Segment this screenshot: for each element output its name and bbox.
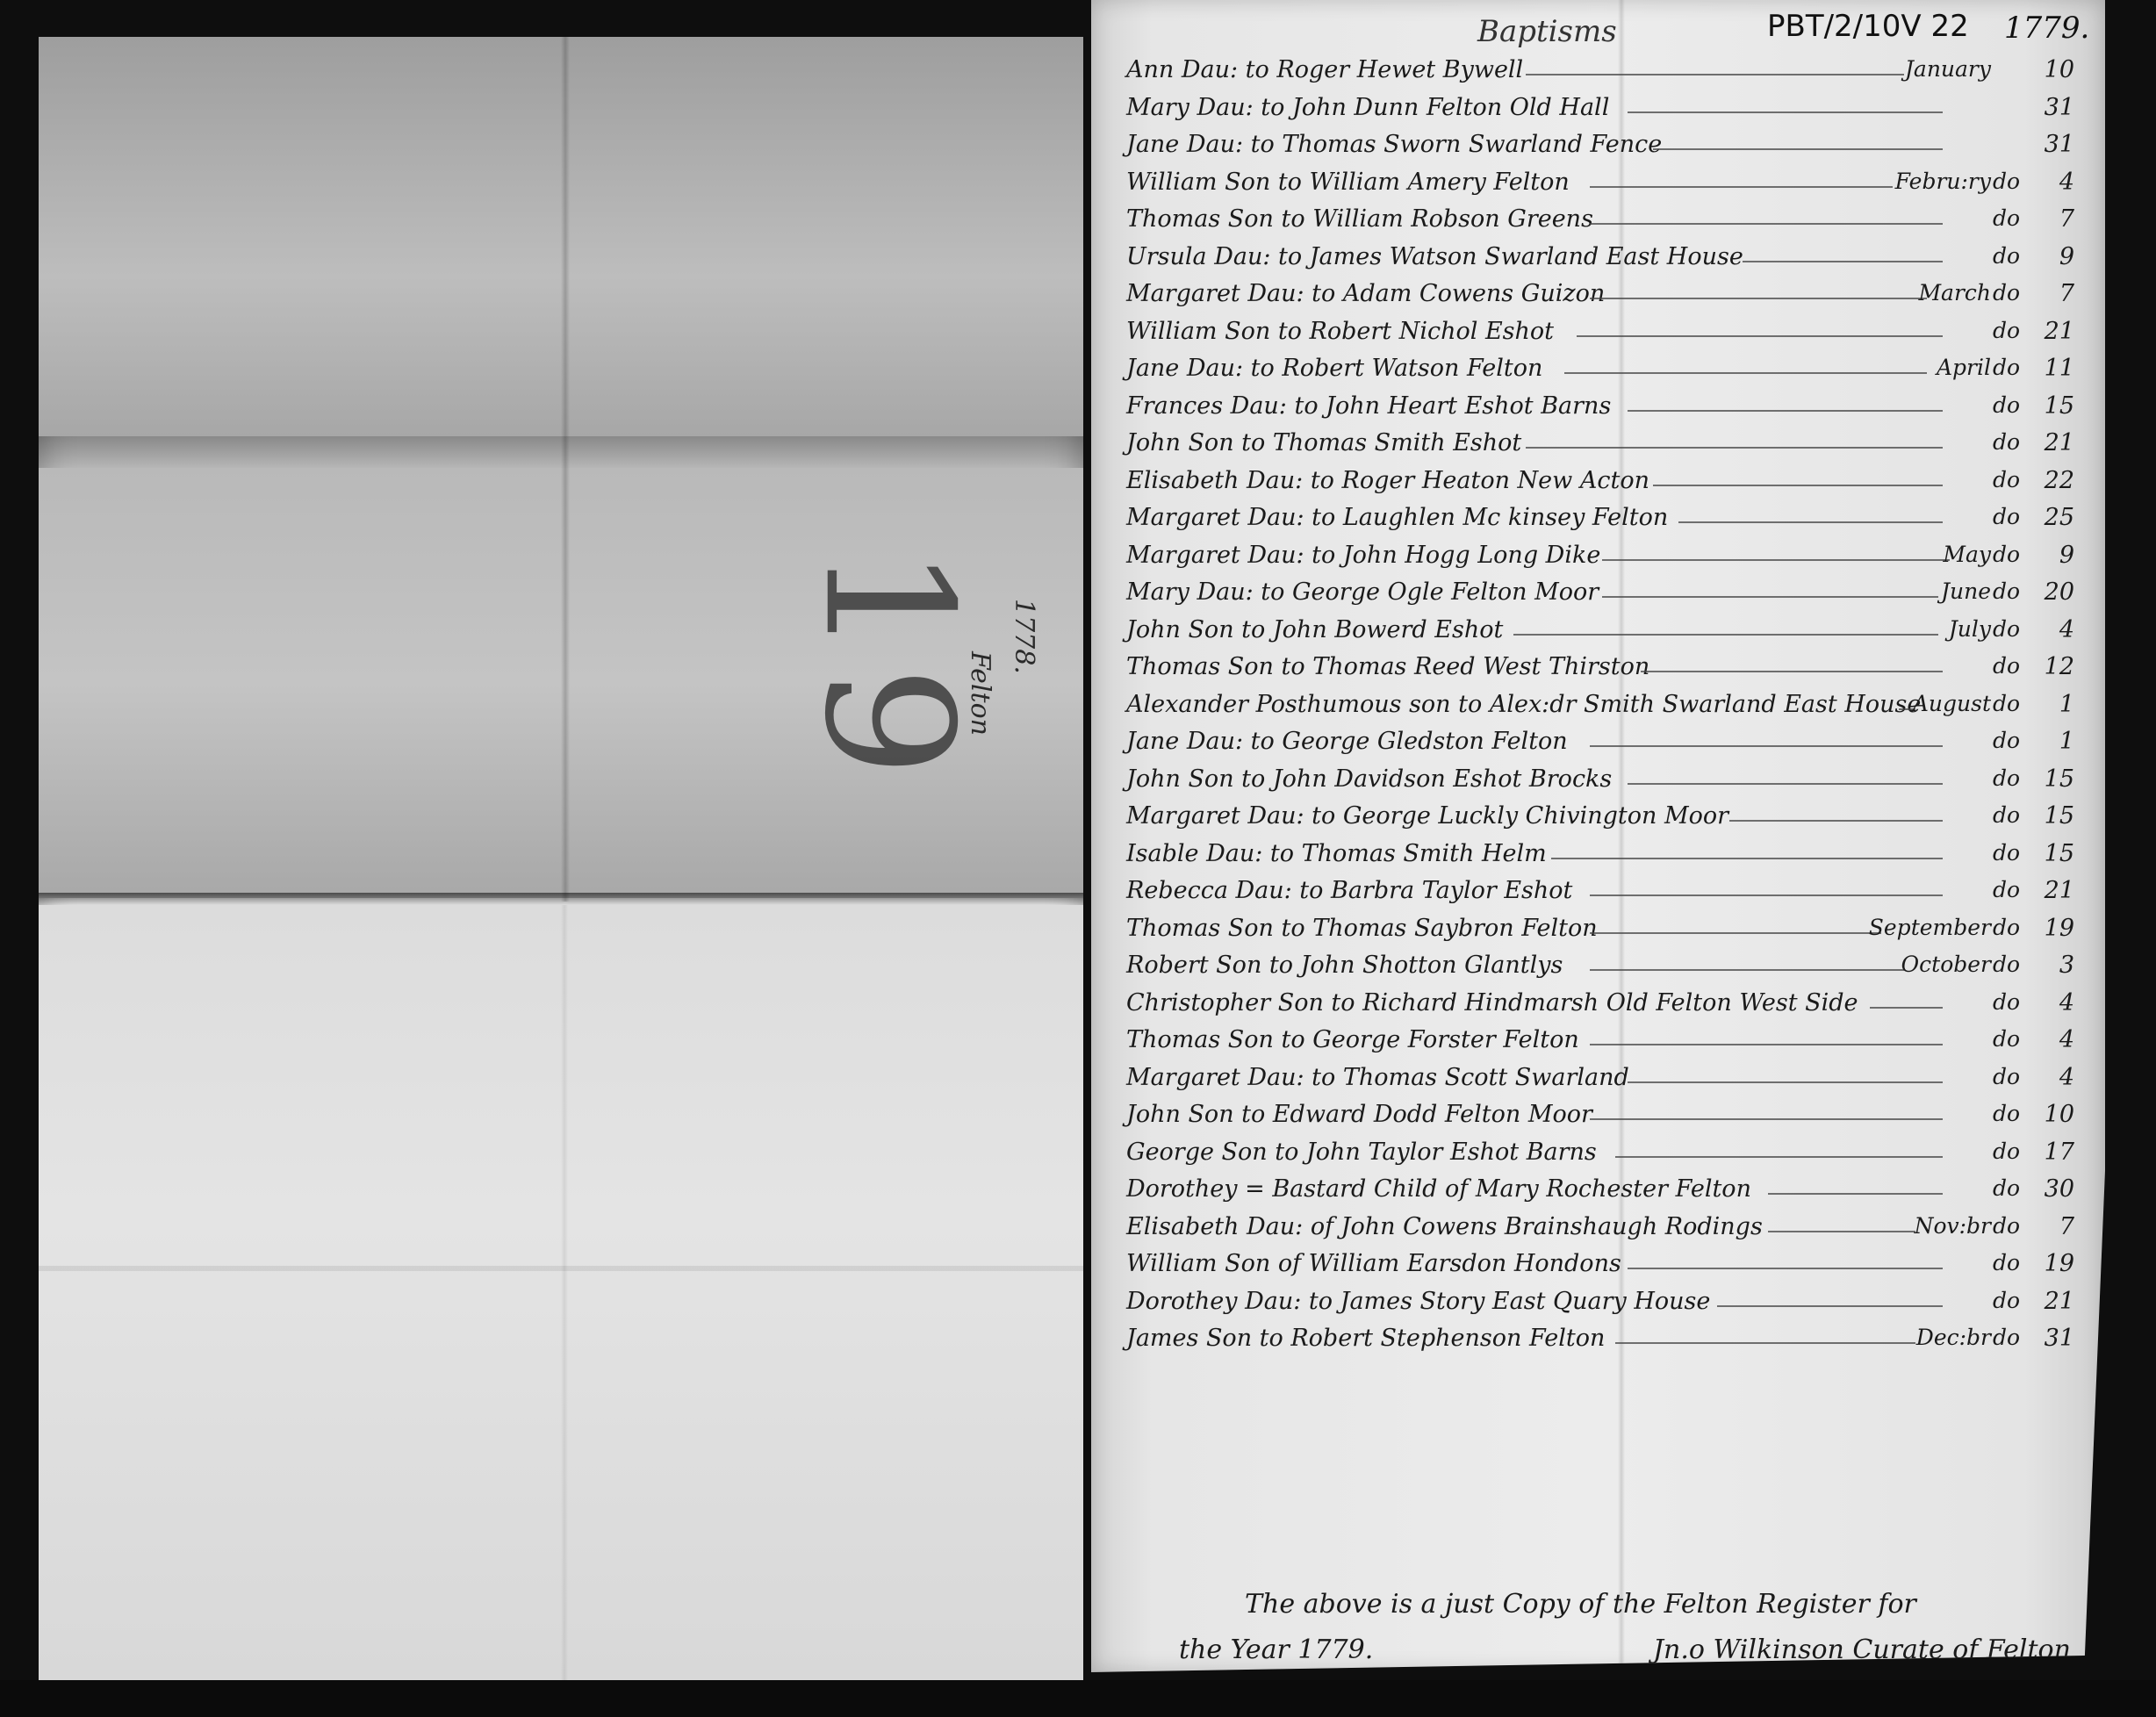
- entry-day: 21: [2030, 1288, 2074, 1315]
- ditto-mark: do: [1993, 467, 2020, 492]
- entry-day: 21: [2030, 877, 2074, 904]
- leader-line: [1590, 932, 1882, 934]
- entry-day: 19: [2030, 915, 2074, 942]
- entry-day: 17: [2030, 1139, 2074, 1166]
- entry-day: 31: [2030, 1325, 2074, 1352]
- ditto-mark: do: [1993, 877, 2020, 902]
- leader-line: [1513, 634, 1939, 636]
- entry-day: 9: [2030, 542, 2074, 569]
- entry-day: 15: [2030, 802, 2074, 830]
- ditto-mark: do: [1993, 840, 2020, 866]
- entry-month: May: [1943, 542, 1991, 567]
- leader-line: [1628, 111, 1943, 113]
- baptism-entry: Margaret Dau: to Laughlen Mc kinsey Felt…: [1126, 500, 2074, 538]
- register-year: 1779.: [2004, 11, 2089, 46]
- ditto-mark: do: [1993, 915, 2020, 940]
- ditto-mark: do: [1993, 169, 2020, 194]
- ditto-mark: do: [1993, 802, 2020, 828]
- entry-text: Mary Dau: to John Dunn Felton Old Hall: [1126, 94, 1609, 121]
- register-header: Baptisms PBT/2/10V 22 1779.: [1091, 9, 2105, 53]
- attestation-line-1: The above is a just Copy of the Felton R…: [1245, 1589, 1916, 1620]
- entry-day: 7: [2030, 1213, 2074, 1240]
- entry-day: 21: [2030, 429, 2074, 456]
- baptism-entry: Margaret Dau: to Thomas Scott Swarlanddo…: [1126, 1060, 2074, 1098]
- leader-line: [1743, 261, 1944, 262]
- entry-month: October: [1901, 952, 1991, 977]
- entry-text: James Son to Robert Stephenson Felton: [1126, 1325, 1605, 1352]
- leader-line: [1870, 1007, 1944, 1009]
- baptism-entry: Rebecca Dau: to Barbra Taylor Eshotdo21: [1126, 873, 2074, 911]
- leader-line: [1551, 858, 1943, 859]
- endorsement-number: 19: [786, 545, 990, 787]
- entry-day: 31: [2030, 94, 2074, 121]
- leader-line: [1526, 447, 1943, 449]
- leader-line: [1628, 783, 1943, 785]
- endorsement-place: Felton: [965, 651, 995, 736]
- baptism-entry: Elisabeth Dau: to Roger Heaton New Acton…: [1126, 463, 2074, 501]
- ditto-mark: do: [1993, 1064, 2020, 1089]
- ditto-mark: do: [1993, 504, 2020, 529]
- entry-text: John Son to Edward Dodd Felton Moor: [1126, 1101, 1592, 1128]
- ditto-mark: do: [1993, 1325, 2020, 1350]
- ditto-mark: do: [1993, 1250, 2020, 1275]
- ditto-mark: do: [1993, 728, 2020, 753]
- leader-line: [1653, 485, 1943, 486]
- baptism-entry: Jane Dau: to George Gledston Feltondo1: [1126, 724, 2074, 762]
- baptism-entry: Margaret Dau: to George Luckly Chivingto…: [1126, 799, 2074, 837]
- baptism-entry: Dorothey = Bastard Child of Mary Rochest…: [1126, 1172, 2074, 1210]
- baptism-entry: John Son to John Davidson Eshot Brocksdo…: [1126, 762, 2074, 800]
- baptism-entry: Jane Dau: to Thomas Sworn Swarland Fence…: [1126, 127, 2074, 165]
- entry-text: Christopher Son to Richard Hindmarsh Old…: [1126, 989, 1858, 1017]
- ditto-mark: do: [1993, 952, 2020, 977]
- entry-text: Thomas Son to William Robson Greens: [1126, 205, 1593, 233]
- entry-text: Ursula Dau: to James Watson Swarland Eas…: [1126, 243, 1743, 270]
- fold-crease-vertical: [561, 905, 568, 1680]
- entry-text: Frances Dau: to John Heart Eshot Barns: [1126, 392, 1611, 420]
- entry-text: Elisabeth Dau: to Roger Heaton New Acton: [1126, 467, 1649, 494]
- baptism-entry: Thomas Son to William Robson Greensdo7: [1126, 202, 2074, 240]
- entry-month: Febru:ry: [1895, 169, 1991, 194]
- entry-day: 4: [2030, 1026, 2074, 1053]
- entry-text: Margaret Dau: to Laughlen Mc kinsey Felt…: [1126, 504, 1668, 531]
- baptism-entry: William Son of William Earsdon Hondonsdo…: [1126, 1246, 2074, 1284]
- leader-line: [1628, 1081, 1943, 1083]
- ditto-mark: do: [1993, 318, 2020, 343]
- archive-reference: PBT/2/10V 22: [1767, 9, 1969, 44]
- baptism-entry: Margaret Dau: to Adam Cowens GuizonMarch…: [1126, 277, 2074, 314]
- entry-text: Robert Son to John Shotton Glantlys: [1126, 952, 1563, 979]
- leader-line: [1717, 1305, 1944, 1307]
- entry-day: 20: [2030, 578, 2074, 606]
- entry-month: January: [1905, 56, 1991, 82]
- entry-month: September: [1869, 915, 1991, 940]
- entry-text: John Son to John Bowerd Eshot: [1126, 616, 1503, 643]
- leader-line: [1602, 559, 1950, 561]
- entry-day: 21: [2030, 318, 2074, 345]
- leader-line: [1590, 1044, 1944, 1045]
- scan-background: [0, 1680, 2156, 1717]
- baptism-entry: Dorothey Dau: to James Story East Quary …: [1126, 1284, 2074, 1322]
- leader-line: [1590, 1118, 1944, 1120]
- entry-text: Dorothey Dau: to James Story East Quary …: [1126, 1288, 1710, 1315]
- entry-day: 30: [2030, 1175, 2074, 1203]
- entry-day: 15: [2030, 765, 2074, 793]
- baptism-entry: John Son to John Bowerd EshotJulydo4: [1126, 613, 2074, 650]
- entry-day: 31: [2030, 131, 2074, 158]
- baptism-entry: Elisabeth Dau: of John Cowens Brainshaug…: [1126, 1210, 2074, 1247]
- entry-text: William Son of William Earsdon Hondons: [1126, 1250, 1621, 1277]
- baptism-entry: Jane Dau: to Robert Watson FeltonAprildo…: [1126, 351, 2074, 389]
- entry-text: Isable Dau: to Thomas Smith Helm: [1126, 840, 1547, 867]
- entry-month: August: [1913, 691, 1991, 716]
- baptism-entries: Ann Dau: to Roger Hewet BywellJanuary10M…: [1126, 53, 2074, 1359]
- ditto-mark: do: [1993, 355, 2020, 380]
- left-page-wrapper: 19 Felton 1778.: [39, 37, 1083, 1680]
- leader-line: [1653, 148, 1943, 150]
- baptism-entry: Ann Dau: to Roger Hewet BywellJanuary10: [1126, 53, 2074, 90]
- ditto-mark: do: [1993, 765, 2020, 791]
- baptism-entry: Thomas Son to George Forster Feltondo4: [1126, 1023, 2074, 1060]
- entry-month: March: [1918, 280, 1991, 305]
- entry-text: Thomas Son to Thomas Reed West Thirston: [1126, 653, 1649, 680]
- entry-day: 15: [2030, 840, 2074, 867]
- leader-line: [1590, 298, 1928, 299]
- entry-text: John Son to John Davidson Eshot Brocks: [1126, 765, 1612, 793]
- entry-month: July: [1949, 616, 1991, 642]
- ditto-mark: do: [1993, 1175, 2020, 1201]
- entry-text: Alexander Posthumous son to Alex:dr Smit…: [1126, 691, 1921, 718]
- entry-text: Margaret Dau: to Thomas Scott Swarland: [1126, 1064, 1629, 1091]
- leader-line: [1628, 410, 1943, 412]
- baptism-entry: Mary Dau: to George Ogle Felton MoorJune…: [1126, 575, 2074, 613]
- curate-signature: Jn.o Wilkinson Curate of Felton: [1653, 1634, 2071, 1665]
- ditto-mark: do: [1993, 205, 2020, 231]
- entry-day: 1: [2030, 691, 2074, 718]
- ditto-mark: do: [1993, 392, 2020, 418]
- entry-text: Dorothey = Bastard Child of Mary Rochest…: [1126, 1175, 1751, 1203]
- entry-day: 12: [2030, 653, 2074, 680]
- entry-text: Jane Dau: to George Gledston Felton: [1126, 728, 1568, 755]
- entry-text: Jane Dau: to Robert Watson Felton: [1126, 355, 1542, 382]
- register-title: Baptisms: [1477, 14, 1617, 49]
- entry-day: 4: [2030, 989, 2074, 1017]
- entry-text: Jane Dau: to Thomas Sworn Swarland Fence: [1126, 131, 1662, 158]
- leader-line: [1590, 745, 1944, 747]
- fold-crease-vertical: [561, 37, 570, 902]
- entry-text: Margaret Dau: to John Hogg Long Dike: [1126, 542, 1600, 569]
- entry-day: 7: [2030, 280, 2074, 307]
- leader-line: [1602, 596, 1938, 598]
- leader-line: [1590, 969, 1905, 971]
- baptism-entry: Christopher Son to Richard Hindmarsh Old…: [1126, 986, 2074, 1024]
- ditto-mark: do: [1993, 691, 2020, 716]
- baptism-entry: George Son to John Taylor Eshot Barnsdo1…: [1126, 1135, 2074, 1173]
- leader-line: [1577, 335, 1943, 337]
- entry-day: 4: [2030, 1064, 2074, 1091]
- ditto-mark: do: [1993, 542, 2020, 567]
- baptism-entry: Robert Son to John Shotton GlantlysOctob…: [1126, 948, 2074, 986]
- ditto-mark: do: [1993, 243, 2020, 269]
- leader-line: [1729, 820, 1943, 822]
- entry-day: 19: [2030, 1250, 2074, 1277]
- entry-day: 15: [2030, 392, 2074, 420]
- entry-text: Ann Dau: to Roger Hewet Bywell: [1126, 56, 1523, 83]
- entry-text: Rebecca Dau: to Barbra Taylor Eshot: [1126, 877, 1572, 904]
- entry-text: Thomas Son to Thomas Saybron Felton: [1126, 915, 1598, 942]
- right-page-register: Baptisms PBT/2/10V 22 1779. Ann Dau: to …: [1091, 0, 2105, 1672]
- entry-month: Nov:br: [1915, 1213, 1991, 1239]
- baptism-entry: William Son to William Amery FeltonFebru…: [1126, 165, 2074, 203]
- ditto-mark: do: [1993, 1213, 2020, 1239]
- entry-text: Mary Dau: to George Ogle Felton Moor: [1126, 578, 1599, 606]
- leader-line: [1590, 223, 1944, 225]
- baptism-entry: John Son to Thomas Smith Eshotdo21: [1126, 426, 2074, 463]
- baptism-entry: Isable Dau: to Thomas Smith Helmdo15: [1126, 837, 2074, 874]
- ditto-mark: do: [1993, 429, 2020, 455]
- entry-day: 4: [2030, 169, 2074, 196]
- leader-line: [1628, 1268, 1943, 1269]
- baptism-entry: Thomas Son to Thomas Saybron FeltonSepte…: [1126, 911, 2074, 949]
- entry-text: Margaret Dau: to Adam Cowens Guizon: [1126, 280, 1605, 307]
- ditto-mark: do: [1993, 1101, 2020, 1126]
- baptism-entry: Margaret Dau: to John Hogg Long DikeMayd…: [1126, 538, 2074, 576]
- leader-line: [1768, 1231, 1916, 1232]
- ditto-mark: do: [1993, 653, 2020, 679]
- baptism-entry: John Son to Edward Dodd Felton Moordo10: [1126, 1097, 2074, 1135]
- entry-month: Dec:br: [1916, 1325, 1991, 1350]
- ditto-mark: do: [1993, 1288, 2020, 1313]
- entry-month: June: [1941, 578, 1991, 604]
- entry-day: 4: [2030, 616, 2074, 643]
- ditto-mark: do: [1993, 1026, 2020, 1052]
- leader-line: [1615, 1342, 1916, 1344]
- entry-day: 9: [2030, 243, 2074, 270]
- ditto-mark: do: [1993, 280, 2020, 305]
- entry-text: George Son to John Taylor Eshot Barns: [1126, 1139, 1597, 1166]
- leader-line: [1768, 1193, 1944, 1195]
- leader-line: [1526, 74, 1904, 75]
- entry-day: 11: [2030, 355, 2074, 382]
- ditto-mark: do: [1993, 616, 2020, 642]
- baptism-entry: William Son to Robert Nichol Eshotdo21: [1126, 314, 2074, 352]
- entry-month: April: [1937, 355, 1991, 380]
- leader-line: [1615, 1156, 1944, 1158]
- baptism-entry: James Son to Robert Stephenson FeltonDec…: [1126, 1321, 2074, 1359]
- entry-text: Elisabeth Dau: of John Cowens Brainshaug…: [1126, 1213, 1763, 1240]
- leader-line: [1564, 372, 1928, 374]
- baptism-entry: Ursula Dau: to James Watson Swarland Eas…: [1126, 240, 2074, 277]
- ditto-mark: do: [1993, 1139, 2020, 1164]
- entry-day: 10: [2030, 1101, 2074, 1128]
- leader-line: [1678, 521, 1943, 523]
- entry-day: 3: [2030, 952, 2074, 979]
- entry-text: Thomas Son to George Forster Felton: [1126, 1026, 1579, 1053]
- leader-line: [1590, 186, 1894, 188]
- entry-text: John Son to Thomas Smith Eshot: [1126, 429, 1521, 456]
- leader-line: [1590, 894, 1944, 896]
- entry-text: Margaret Dau: to George Luckly Chivingto…: [1126, 802, 1728, 830]
- entry-day: 22: [2030, 467, 2074, 494]
- entry-day: 7: [2030, 205, 2074, 233]
- entry-text: William Son to Robert Nichol Eshot: [1126, 318, 1554, 345]
- baptism-entry: Thomas Son to Thomas Reed West Thirstond…: [1126, 650, 2074, 687]
- baptism-entry: Frances Dau: to John Heart Eshot Barnsdo…: [1126, 389, 2074, 427]
- leader-line: [1641, 671, 1944, 672]
- ditto-mark: do: [1993, 989, 2020, 1015]
- entry-day: 1: [2030, 728, 2074, 755]
- attestation-line-2: the Year 1779.: [1179, 1634, 1373, 1665]
- baptism-entry: Mary Dau: to John Dunn Felton Old Hall31: [1126, 90, 2074, 128]
- endorsement-year: 1778.: [1009, 599, 1039, 674]
- ditto-mark: do: [1993, 578, 2020, 604]
- entry-text: William Son to William Amery Felton: [1126, 169, 1570, 196]
- entry-day: 10: [2030, 56, 2074, 83]
- entry-day: 25: [2030, 504, 2074, 531]
- baptism-entry: Alexander Posthumous son to Alex:dr Smit…: [1126, 687, 2074, 725]
